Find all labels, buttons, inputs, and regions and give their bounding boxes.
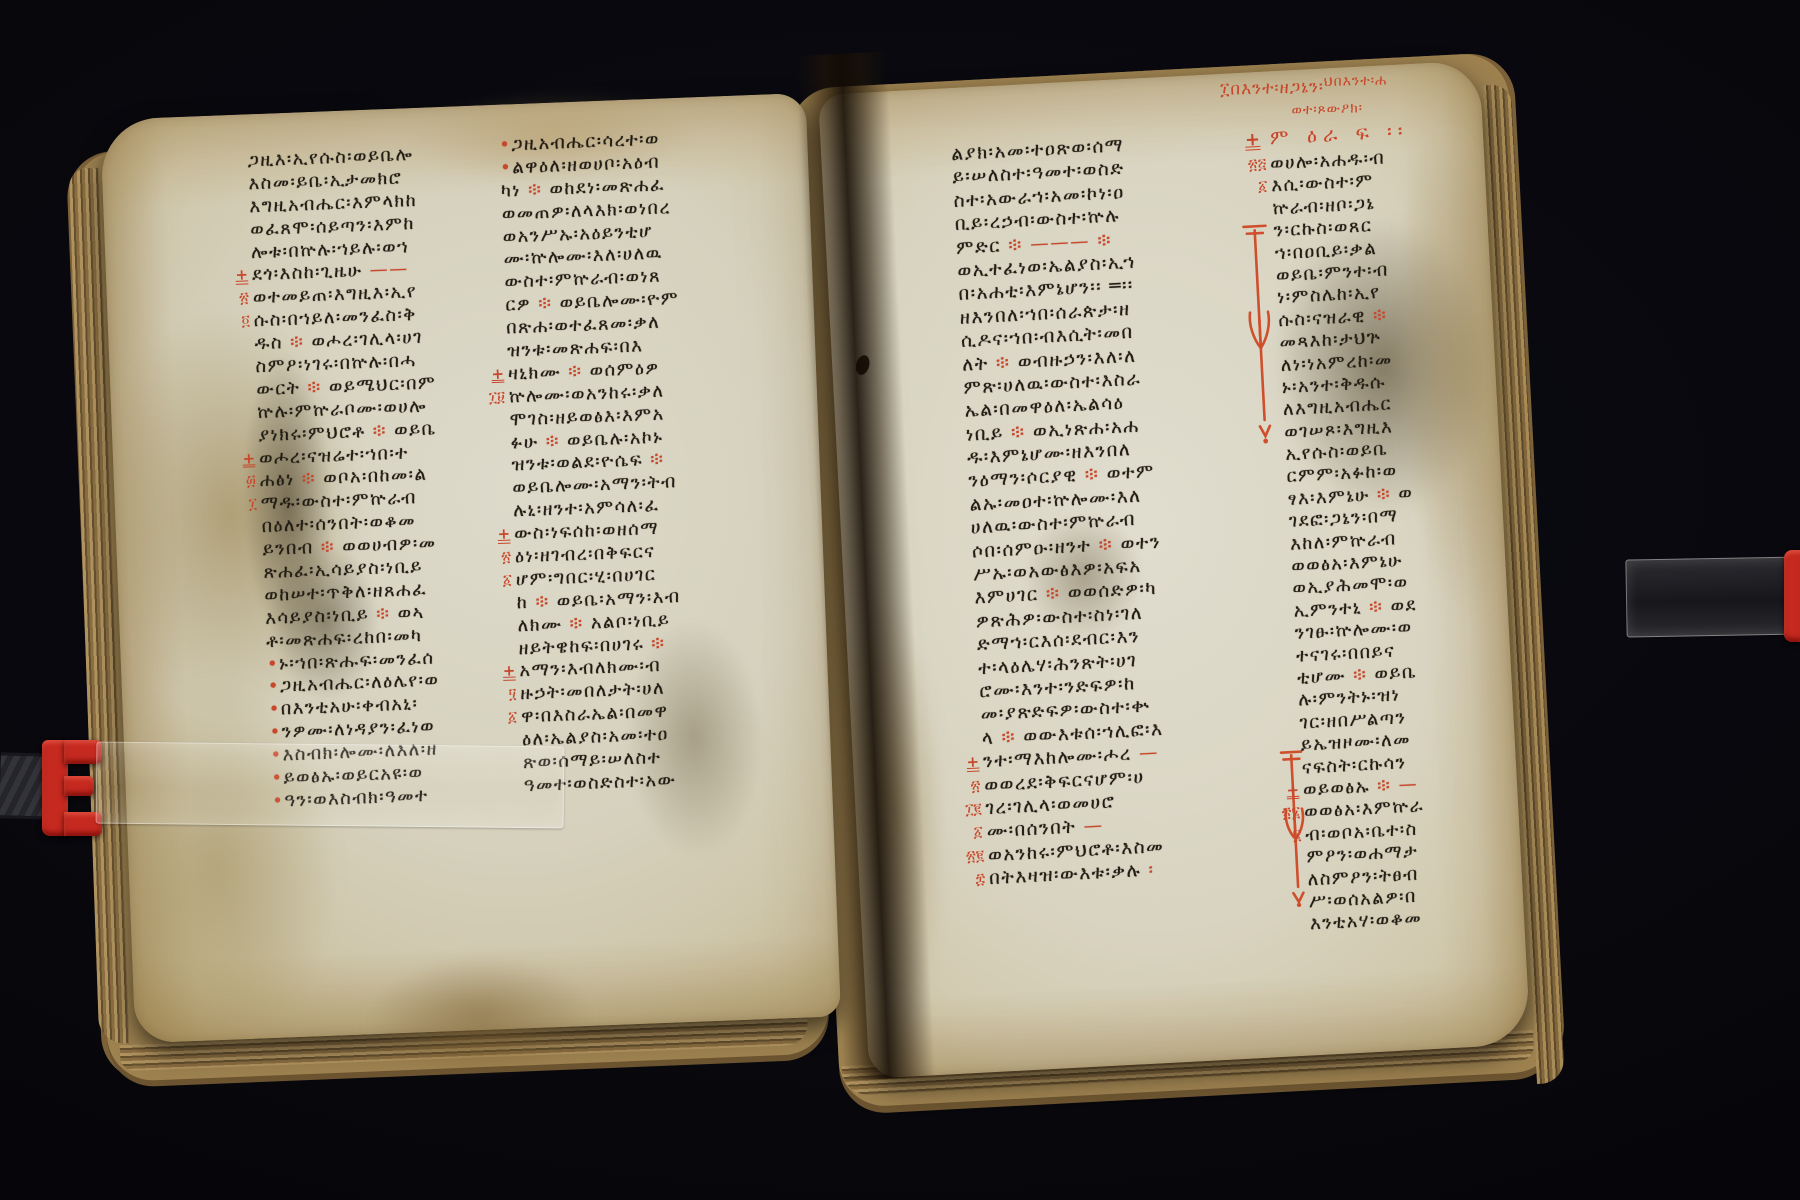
left-page-column-2: •ጋዚአብሔር፡ሳረተ፡ወ•ልዋዕለ፡ዘወሀቦ፡አዕብካነ ፨ ወከደነ፡መጽሐ…	[499, 125, 780, 798]
chapter-cross-mark: +	[474, 365, 505, 384]
rubric-header-line2: ወተ፡ጾውዖክ፡	[1291, 100, 1363, 118]
left-manuscript-page: ጋዚእ፡ኢየሱስ፡ወይቤሎእስመ፡ይቤ፡ኢታመክሮእግዚአብሔር፡እምላክከወፈ…	[100, 93, 841, 1043]
red-ink-run: ፨	[538, 293, 553, 315]
chapter-number: ፳	[950, 776, 981, 796]
chapter-number: ፩	[487, 708, 518, 727]
chapter-number: ፴	[226, 472, 257, 491]
rubric-header-text: ፲በእንተ፡ዘጋኔን፡	[1220, 77, 1324, 100]
left-page-clamp-jaw-middle	[64, 776, 94, 796]
chapter-number: ፩	[482, 570, 513, 589]
red-ink-run: •	[267, 676, 280, 697]
left-acrylic-page-strip[interactable]	[96, 742, 565, 829]
chapter-heading-label: ም ዕራ ፍ ፡፡	[1269, 118, 1409, 149]
red-ink-run: ፨	[1353, 664, 1368, 686]
chapter-number: ፲፱	[475, 387, 506, 406]
red-ink-run: ፨	[376, 603, 391, 625]
red-ink-run: —	[1083, 815, 1104, 837]
chapter-number: ፬	[219, 312, 250, 331]
chapter-number: ፲	[227, 495, 258, 514]
red-ink-run: ፨	[995, 352, 1011, 374]
right-page-clamp[interactable]	[1784, 550, 1800, 642]
chapter-number: ፩	[1237, 177, 1268, 197]
chapter-number: ፶	[486, 685, 517, 704]
red-ink-run: ፨	[1098, 534, 1114, 556]
red-ink-run: ፨	[1084, 464, 1100, 486]
red-ink-run: ፨	[651, 632, 666, 654]
chapter-number: ፳	[219, 289, 250, 308]
chapter-number: ፰	[955, 869, 986, 889]
red-ink-run: ፨	[372, 420, 387, 442]
red-ink-run: •	[267, 653, 280, 674]
red-ink-run: ፨	[528, 179, 543, 201]
red-ink-run: ፨	[568, 361, 583, 383]
chapter-cross-mark: +	[485, 662, 516, 681]
chapter-number: ፳፮	[1270, 803, 1301, 823]
red-ink-run: ፨	[1373, 304, 1388, 326]
chapter-number: ፳	[481, 548, 512, 567]
red-ink-run: ፨	[290, 331, 305, 353]
chapter-cross-mark: +	[218, 266, 249, 285]
chapter-number: ፮	[1271, 825, 1302, 845]
chapter-heading: +ም ዕራ ፍ ፡፡	[1244, 118, 1409, 151]
rubric-header-line1: ፲በእንተ፡ዘጋኔን፡ህበእንተ፡ሐ	[1220, 75, 1388, 99]
left-page-column-1: ጋዚእ፡ኢየሱስ፡ወይቤሎእስመ፡ይቤ፡ኢታመክሮእግዚአብሔር፡እምላክከወፈ…	[247, 141, 514, 814]
red-ink-run: ፨	[1001, 726, 1017, 748]
red-ink-run: ፨	[650, 449, 665, 471]
red-ink-run: ፨ —	[1377, 773, 1419, 796]
red-ink-run: •	[499, 134, 512, 155]
red-ink-run: •	[500, 157, 513, 178]
right-page-column-1: ልያክ፡አመ፡ተዐጽወ፡ሰማይ፡ሠለስተ፡ዓመተ፡ወስድስተ፡አውራኀ፡አመ፡ኮ…	[951, 128, 1292, 891]
red-ink-run: •	[268, 699, 281, 720]
red-ink-run: ፨	[307, 377, 322, 399]
photograph-of-open-manuscript: { "palette": { "background_cloth": "#070…	[0, 0, 1800, 1200]
red-ink-run: ፨	[1011, 421, 1027, 443]
chapter-number: ፳፭	[1236, 155, 1267, 175]
red-ink-run: ፨ ——— ፨	[1008, 229, 1113, 255]
right-acrylic-page-strip[interactable]	[1625, 556, 1800, 637]
red-ink-run: —	[1138, 742, 1159, 764]
chapter-number: ፳፪	[954, 846, 985, 866]
chapter-cross-mark: +	[1269, 781, 1300, 801]
red-ink-run: ፨	[535, 591, 550, 613]
red-ink-run: ፨	[302, 468, 317, 490]
red-ink-run: ——	[369, 259, 409, 281]
chapter-cross-mark: +	[225, 449, 256, 468]
chapter-cross-mark: +	[949, 753, 980, 773]
red-ink-run: ፨	[569, 613, 584, 635]
red-ink-run: ፨	[1045, 583, 1061, 605]
chapter-number: ፲፪	[951, 799, 982, 819]
right-page-column-2: ወሀሎ፡አሐዱ፡ብ፳፭እሲ፡ውስተ፡ም፩ኵራብ፡ዘቦ፡ጋኔን፡ርኩስ፡ወጸርኀ፡…	[1270, 143, 1517, 936]
red-ink-run: ፨	[1369, 596, 1384, 618]
red-ink-run: •	[269, 722, 282, 743]
chapter-number: ፩	[952, 823, 983, 843]
red-ink-run: ፨	[545, 430, 560, 452]
red-ink-run: ፡	[1148, 860, 1155, 881]
red-ink-run: ፨	[321, 536, 336, 558]
rubric-header-text-raised: ህበእንተ፡ሐ	[1324, 72, 1388, 90]
chapter-cross-mark: +	[480, 525, 511, 544]
